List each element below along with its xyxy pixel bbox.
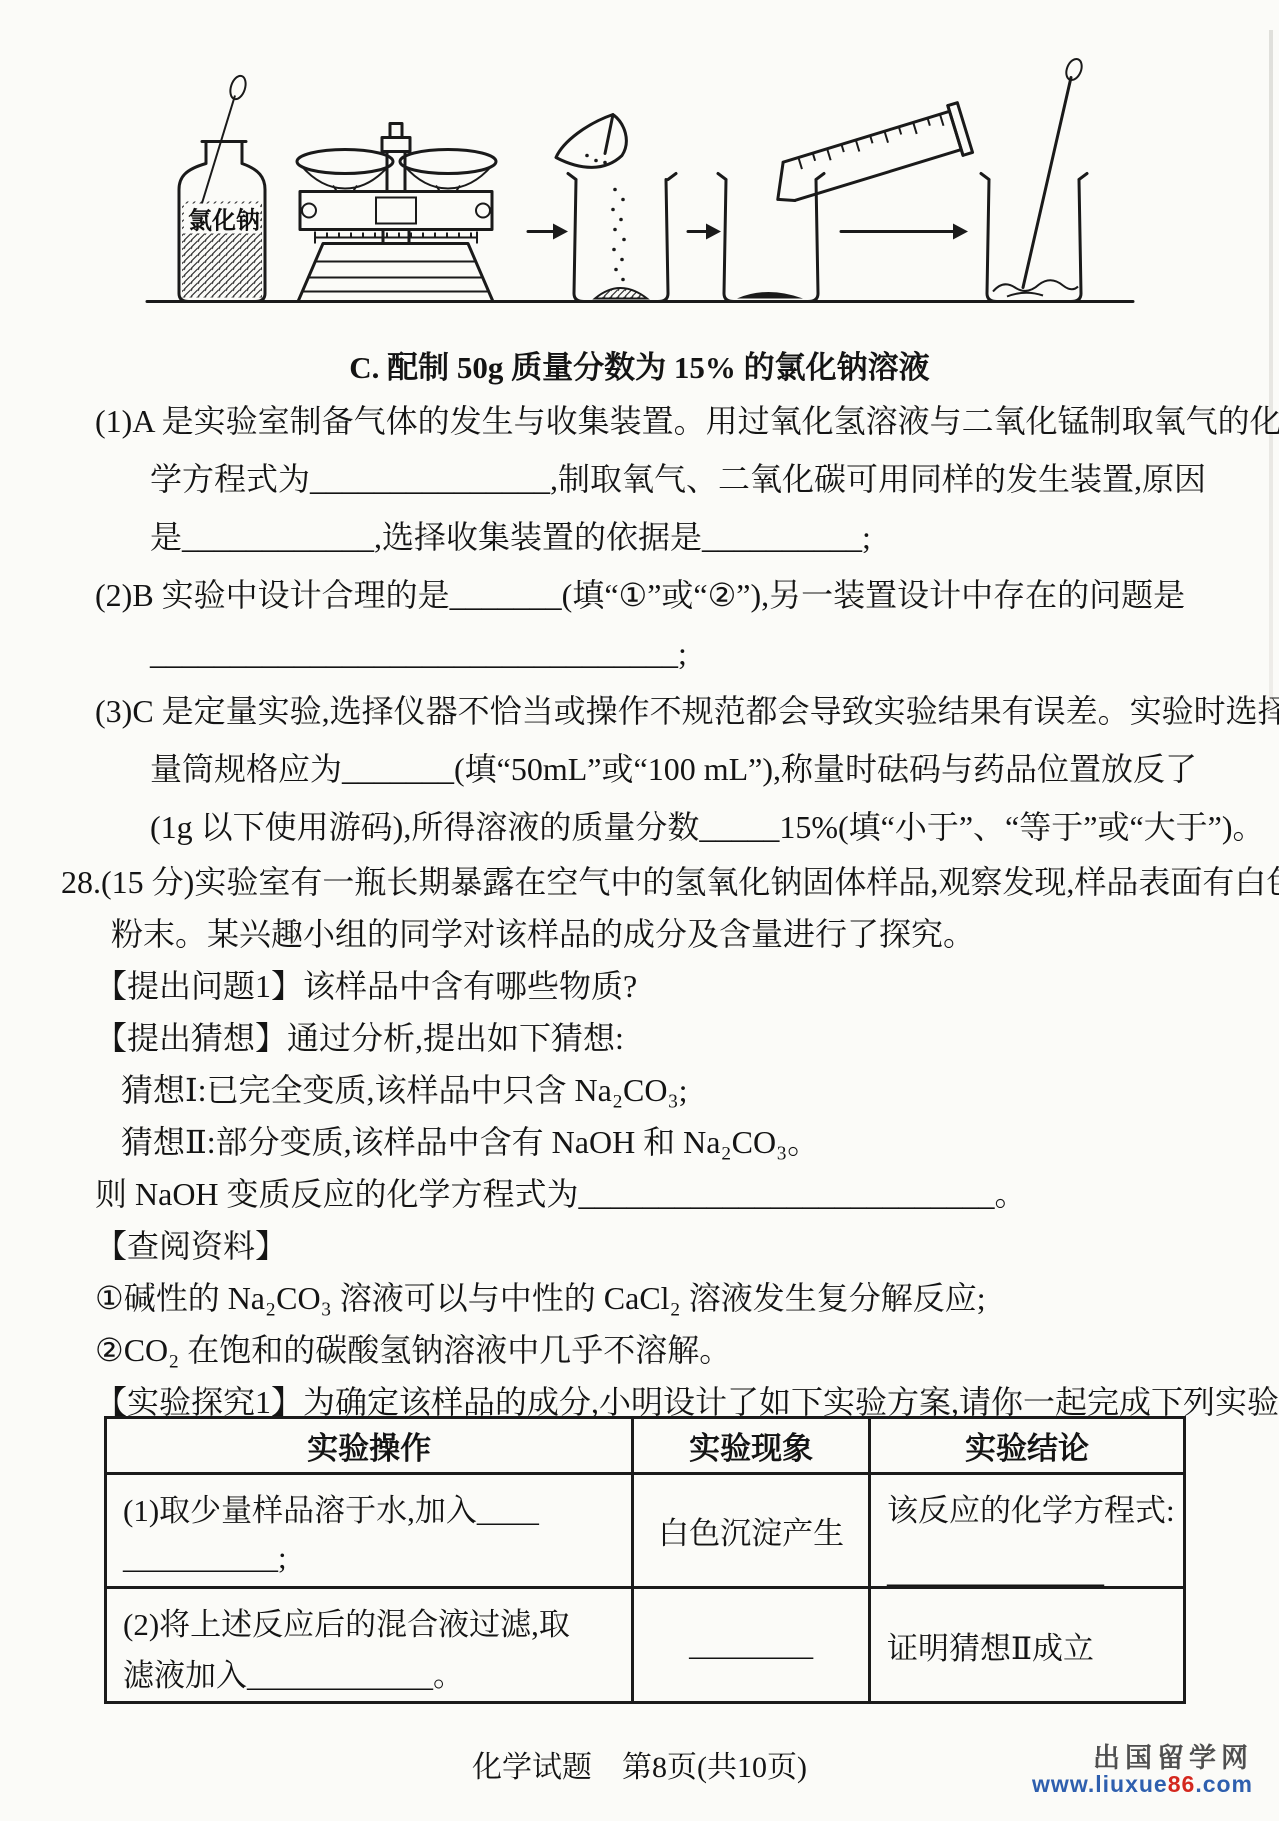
experiment-report-table: 实验操作 实验现象 实验结论 (1)取少量样品溶于水,加入____ ______…	[104, 1416, 1186, 1704]
q28-guess-header: 【提出猜想】通过分析,提出如下猜想:	[95, 1012, 1235, 1064]
figure-caption: C. 配制 50g 质量分数为 15% 的氯化钠溶液	[0, 342, 1279, 387]
table-header-phenomenon: 实验现象	[634, 1419, 871, 1475]
question-27-block: (1)A 是实验室制备气体的发生与收集装置。用过氧化氢溶液与二氧化锰制取氧气的化…	[95, 392, 1235, 856]
q28-equation-line: 则 NaOH 变质反应的化学方程式为______________________…	[95, 1168, 1235, 1220]
question-text: (1)A 是实验室制备气体的发生与收集装置。用过氧化氢溶液与二氧化锰制取氧气的化…	[95, 392, 1235, 1428]
reagent-bottle: 氯化钠	[179, 74, 265, 302]
row1-conclusion-line2: ______________	[887, 1554, 1173, 1590]
row2-phenomenon-blank: ________	[689, 1627, 813, 1663]
q28-reference-header: 【查阅资料】	[95, 1220, 1235, 1272]
table-row1-operation: (1)取少量样品溶于水,加入____ __________;	[107, 1475, 634, 1589]
q27-part3-line3: (1g 以下使用游码),所得溶液的质量分数_____15%(填“小于”、“等于”…	[95, 798, 1235, 856]
row1-operation-line1: (1)取少量样品溶于水,加入____	[123, 1485, 617, 1530]
table-header-operation: 实验操作	[107, 1419, 634, 1475]
exam-page: 氯化钠	[0, 0, 1279, 1821]
row1-conclusion-line1: 该反应的化学方程式:	[887, 1485, 1173, 1530]
arrow-icon	[528, 224, 568, 240]
table-row2-conclusion: 证明猜想Ⅱ成立	[871, 1589, 1183, 1701]
q28-reference-2: ②CO₂ 在饱和的碳酸氢钠溶液中几乎不溶解。	[95, 1324, 1235, 1376]
graduated-cylinder-icon	[766, 103, 972, 211]
q28-guess-1: 猜想Ⅰ:已完全变质,该样品中只含 Na₂CO₃;	[95, 1064, 1235, 1116]
table-header-conclusion: 实验结论	[871, 1419, 1183, 1475]
row1-operation-line2: __________;	[123, 1540, 617, 1576]
url-prefix: www.liuxue	[1032, 1771, 1168, 1797]
arrow-icon	[688, 224, 721, 240]
arrow-icon	[841, 224, 968, 240]
row1-phenomenon-text: 白色沉淀产生	[658, 1508, 844, 1553]
bottle-label: 氯化钠	[188, 207, 260, 235]
q28-reference-1: ①碱性的 Na₂CO₃ 溶液可以与中性的 CaCl₂ 溶液发生复分解反应;	[95, 1272, 1235, 1324]
url-suffix: .com	[1195, 1771, 1253, 1797]
row2-operation-line1: (2)将上述反应后的混合液过滤,取	[123, 1599, 617, 1644]
powder-stream	[611, 188, 626, 282]
experiment-figure: 氯化钠	[135, 50, 1140, 318]
q27-part1-line3: 是____________,选择收集装置的依据是__________;	[95, 508, 1235, 566]
table-row1-conclusion: 该反应的化学方程式: ______________	[871, 1475, 1183, 1589]
site-watermark: 出国留学网 www.liuxue86.com	[1032, 1744, 1253, 1796]
q27-part2-line1: (2)B 实验中设计合理的是_______(填“①”或“②”),另一装置设计中存…	[95, 566, 1235, 624]
beaker-2-icon	[718, 174, 824, 302]
url-mid: 86	[1168, 1771, 1196, 1797]
q28-problem-line: 【提出问题1】该样品中含有哪些物质?	[95, 960, 1235, 1012]
table-row2-phenomenon: ________	[634, 1589, 871, 1701]
row2-operation-line2: 滤液加入____________。	[123, 1650, 617, 1695]
q28-intro-line1: 28.(15 分)实验室有一瓶长期暴露在空气中的氢氧化钠固体样品,观察发现,样品…	[61, 856, 1235, 908]
watermark-site-name: 出国留学网	[1032, 1744, 1253, 1772]
weighing-paper-icon	[556, 115, 626, 168]
row2-conclusion-text: 证明猜想Ⅱ成立	[887, 1623, 1183, 1668]
q27-part2-line2: _________________________________;	[95, 624, 1235, 682]
balance-scale-icon	[297, 124, 496, 302]
q28-guess-2: 猜想Ⅱ:部分变质,该样品中含有 NaOH 和 Na₂CO₃。	[95, 1116, 1235, 1168]
beaker-3-stirring-icon	[981, 57, 1087, 302]
q27-part1-line1: (1)A 是实验室制备气体的发生与收集装置。用过氧化氢溶液与二氧化锰制取氧气的化	[95, 392, 1235, 450]
q27-part3-line2: 量筒规格应为_______(填“50mL”或“100 mL”),称量时砝码与药品…	[95, 740, 1235, 798]
table-row1-phenomenon: 白色沉淀产生	[634, 1475, 871, 1589]
q28-intro-line2: 粉末。某兴趣小组的同学对该样品的成分及含量进行了探究。	[95, 908, 1235, 960]
question-28-block: 28.(15 分)实验室有一瓶长期暴露在空气中的氢氧化钠固体样品,观察发现,样品…	[95, 856, 1235, 1428]
spatula-icon	[228, 74, 249, 101]
beaker-1-icon	[568, 174, 676, 302]
watermark-site-url: www.liuxue86.com	[1032, 1772, 1253, 1796]
q27-part1-line2: 学方程式为_______________,制取氧气、二氧化碳可用同样的发生装置,…	[95, 450, 1235, 508]
table-row2-operation: (2)将上述反应后的混合液过滤,取 滤液加入____________。	[107, 1589, 634, 1701]
q27-part3-line1: (3)C 是定量实验,选择仪器不恰当或操作不规范都会导致实验结果有误差。实验时选…	[95, 682, 1235, 740]
